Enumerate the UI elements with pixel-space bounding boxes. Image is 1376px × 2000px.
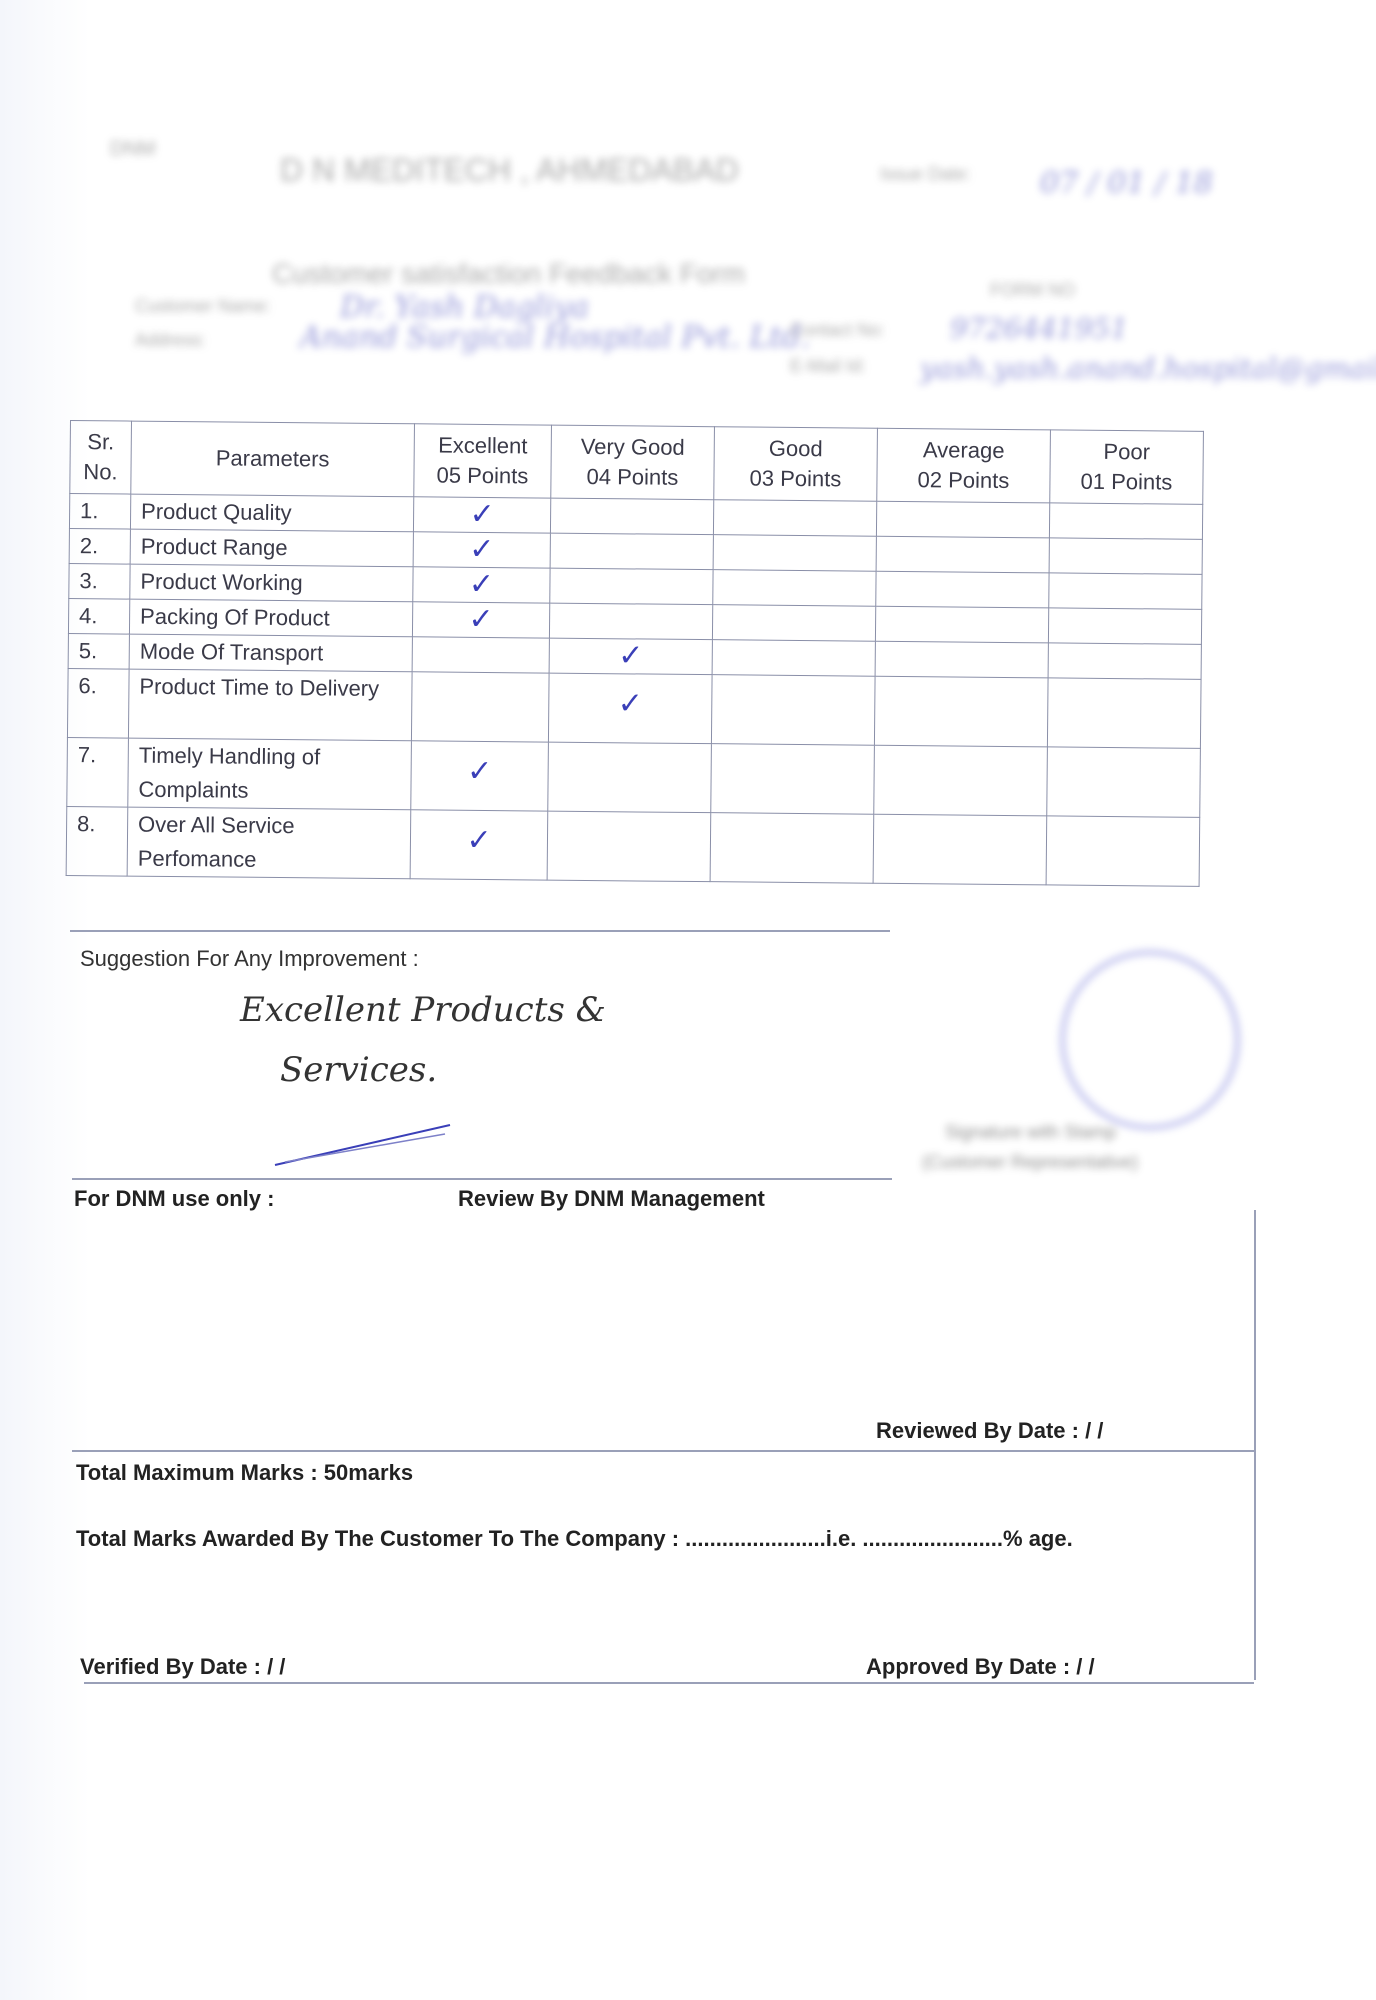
rating-points: 02 Points — [917, 467, 1009, 493]
rating-cell-average[interactable] — [875, 606, 1048, 643]
email-value: yash.yash.anand.hospital@gmail.com — [920, 352, 1376, 385]
table-row: 6.Product Time to Delivery✓ — [67, 668, 1201, 748]
contact-label: Contact No: — [790, 320, 885, 341]
rating-cell-very-good[interactable] — [547, 811, 711, 882]
row-sr-no: 5. — [68, 633, 129, 669]
email-label: E-Mail Id: — [790, 356, 866, 377]
contact-value: 9726441951 — [950, 312, 1128, 345]
row-parameter: Product Working — [130, 564, 413, 602]
issue-date-value: 07 / 01 / 18 — [1040, 166, 1213, 201]
rating-cell-good[interactable] — [712, 640, 875, 677]
rating-cell-poor[interactable] — [1049, 503, 1202, 539]
rating-label: Very Good — [581, 434, 685, 460]
check-mark-icon: ✓ — [560, 639, 702, 674]
header-poor: Poor 01 Points — [1050, 430, 1204, 504]
row-parameter: Mode Of Transport — [129, 634, 412, 672]
rating-cell-poor[interactable] — [1048, 643, 1201, 679]
rating-cell-very-good[interactable] — [550, 533, 713, 570]
rating-label: Excellent — [438, 433, 528, 459]
rating-label: Average — [923, 437, 1005, 463]
suggestion-line-1: Excellent Products & — [240, 990, 606, 1030]
row-sr-no: 8. — [66, 806, 128, 876]
check-mark-icon: ✓ — [424, 532, 540, 567]
form-title: Customer satisfaction Feedback Form — [272, 258, 745, 290]
rating-label: Good — [769, 436, 823, 462]
rating-cell-excellent[interactable] — [412, 637, 549, 673]
row-parameter: Product Time to Delivery — [128, 669, 412, 741]
row-parameter: Timely Handling of Complaints — [128, 738, 412, 810]
stamp-role: (Customer Representative) — [922, 1152, 1138, 1173]
rating-cell-very-good[interactable] — [550, 568, 713, 605]
rating-points: 05 Points — [436, 463, 528, 489]
check-mark-icon: ✓ — [423, 567, 539, 602]
company-logo: DNM — [110, 138, 156, 161]
rating-cell-average[interactable] — [876, 536, 1049, 573]
rating-cell-excellent[interactable]: ✓ — [413, 567, 550, 603]
rating-cell-very-good[interactable]: ✓ — [548, 673, 712, 744]
rating-cell-poor[interactable] — [1046, 816, 1200, 886]
table-body: 1.Product Quality✓2.Product Range✓3.Prod… — [66, 494, 1203, 887]
rating-cell-average[interactable] — [873, 814, 1047, 885]
rating-cell-excellent[interactable]: ✓ — [413, 532, 550, 568]
rating-cell-poor[interactable] — [1047, 747, 1201, 817]
rating-cell-average[interactable] — [876, 501, 1049, 538]
divider — [72, 1450, 1254, 1452]
header-average: Average 02 Points — [877, 428, 1051, 503]
reviewed-by-date: Reviewed By Date : / / — [876, 1418, 1103, 1444]
rating-points: 03 Points — [749, 466, 841, 492]
rating-cell-excellent[interactable]: ✓ — [411, 741, 549, 811]
rating-cell-very-good[interactable] — [549, 603, 712, 640]
divider — [84, 1682, 1254, 1684]
customer-name-label: Customer Name: — [135, 296, 271, 317]
table-row: 8.Over All Service Perfomance✓ — [66, 806, 1200, 886]
row-sr-no: 7. — [67, 737, 129, 807]
rating-cell-excellent[interactable] — [411, 672, 549, 742]
review-title: Review By DNM Management — [458, 1186, 765, 1212]
dnm-use-only: For DNM use only : — [74, 1186, 274, 1212]
rating-cell-good[interactable] — [713, 500, 876, 537]
row-sr-no: 1. — [69, 494, 130, 530]
form-no-label: FORM NO — [990, 280, 1075, 301]
stamp-name: Signature with Stamp — [945, 1122, 1116, 1143]
row-sr-no: 6. — [67, 668, 129, 738]
check-mark-icon: ✓ — [559, 674, 702, 735]
rating-cell-excellent[interactable]: ✓ — [410, 810, 548, 880]
address-value: Anand Surgical Hospital Pvt. Ltd. — [300, 320, 810, 355]
company-name: D N MEDITECH , AHMEDABAD — [280, 152, 739, 189]
check-mark-icon: ✓ — [421, 810, 538, 871]
header-parameters: Parameters — [131, 421, 415, 497]
rating-cell-poor[interactable] — [1049, 538, 1202, 574]
divider — [70, 930, 890, 932]
suggestion-label: Suggestion For Any Improvement : — [80, 946, 419, 972]
rating-cell-good[interactable] — [713, 570, 876, 607]
rating-points: 01 Points — [1080, 469, 1172, 495]
signature-mark — [270, 1120, 460, 1170]
suggestion-line-2: Services. — [280, 1050, 437, 1090]
border-right — [1254, 1210, 1256, 1680]
row-sr-no: 3. — [69, 563, 130, 599]
header-good: Good 03 Points — [714, 427, 878, 502]
rating-label: Poor — [1103, 439, 1150, 464]
row-sr-no: 2. — [69, 528, 130, 564]
total-max-marks: Total Maximum Marks : 50marks — [76, 1460, 413, 1486]
rating-cell-average[interactable] — [874, 676, 1048, 747]
feedback-table: Sr. No. Parameters Excellent 05 Points V… — [66, 420, 1204, 887]
rating-cell-very-good[interactable]: ✓ — [549, 638, 712, 675]
rating-cell-poor[interactable] — [1048, 608, 1201, 644]
rating-cell-very-good[interactable] — [548, 742, 712, 813]
address-label: Address: — [135, 330, 206, 351]
table-row: 7.Timely Handling of Complaints✓ — [67, 737, 1201, 817]
rating-cell-good[interactable] — [713, 535, 876, 572]
rating-cell-good[interactable] — [711, 744, 875, 815]
rating-cell-very-good[interactable] — [550, 498, 713, 535]
rating-cell-average[interactable] — [876, 571, 1049, 608]
rating-cell-average[interactable] — [874, 745, 1048, 816]
check-mark-icon: ✓ — [424, 497, 540, 532]
approved-by-date: Approved By Date : / / — [866, 1654, 1095, 1680]
rating-cell-good[interactable] — [711, 675, 875, 746]
rating-cell-average[interactable] — [875, 641, 1048, 678]
table-header-row: Sr. No. Parameters Excellent 05 Points V… — [70, 421, 1204, 505]
row-sr-no: 4. — [68, 598, 129, 634]
header-excellent: Excellent 05 Points — [414, 424, 552, 498]
rating-cell-excellent[interactable]: ✓ — [412, 602, 549, 638]
rating-cell-good[interactable] — [712, 605, 875, 642]
rating-cell-poor[interactable] — [1049, 573, 1202, 609]
check-mark-icon: ✓ — [423, 602, 539, 637]
rating-points: 04 Points — [586, 464, 678, 490]
row-parameter: Packing Of Product — [129, 599, 412, 637]
rating-cell-excellent[interactable]: ✓ — [413, 497, 550, 533]
total-marks-awarded: Total Marks Awarded By The Customer To T… — [76, 1526, 1073, 1552]
rating-cell-poor[interactable] — [1047, 678, 1201, 748]
row-parameter: Product Quality — [130, 494, 413, 532]
check-mark-icon: ✓ — [421, 741, 538, 802]
verified-by-date: Verified By Date : / / — [80, 1654, 285, 1680]
issue-date-label: Issue Date: — [880, 164, 971, 185]
header-sr-no: Sr. No. — [70, 421, 132, 495]
rating-cell-good[interactable] — [710, 813, 874, 884]
row-parameter: Product Range — [130, 529, 413, 567]
divider — [72, 1178, 892, 1180]
header-very-good: Very Good 04 Points — [551, 425, 715, 500]
row-parameter: Over All Service Perfomance — [127, 807, 411, 879]
